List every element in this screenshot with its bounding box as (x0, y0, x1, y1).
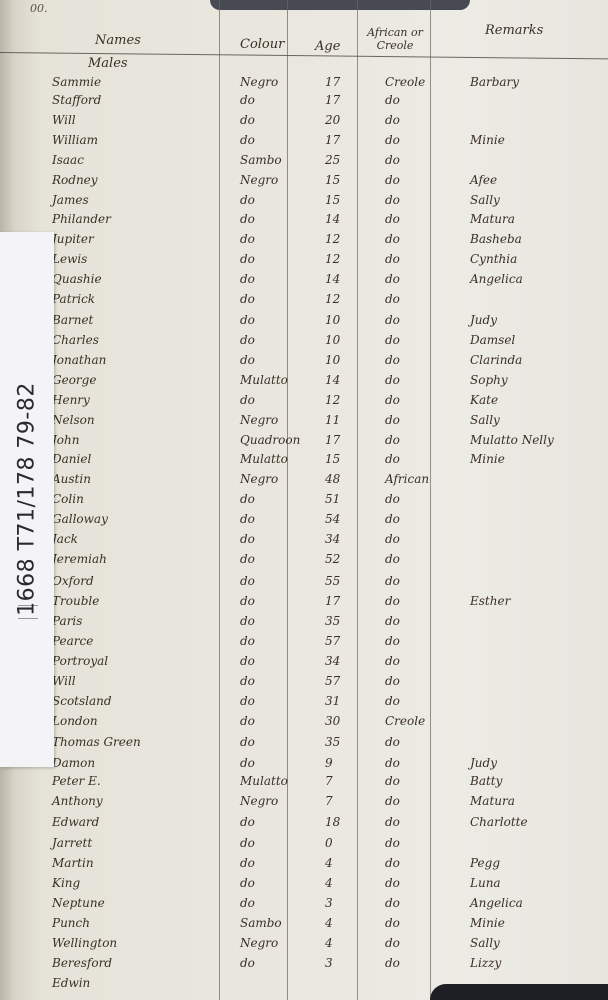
name-cell: London (52, 714, 98, 728)
table-row: Troubledo17doEsther (0, 594, 608, 614)
origin-cell: Creole (385, 75, 425, 89)
age-cell: 12 (325, 252, 340, 266)
remarks-cell: Angelica (470, 896, 523, 910)
origin-cell: do (385, 774, 400, 788)
colour-cell: do (240, 674, 255, 688)
table-row: Damondo9doJudy (0, 756, 608, 776)
remarks-cell: Esther (470, 594, 510, 608)
name-cell: Will (52, 113, 76, 127)
colour-cell: do (240, 353, 255, 367)
remarks-cell: Pegg (470, 856, 500, 870)
name-cell: John (52, 433, 80, 447)
name-cell: Peter E. (52, 774, 101, 788)
colour-cell: Negro (240, 794, 278, 808)
age-cell: 35 (325, 735, 340, 749)
name-cell: Jarrett (52, 836, 92, 850)
table-row: WellingtonNegro4doSally (0, 936, 608, 956)
table-row: Gallowaydo54do (0, 512, 608, 532)
colour-cell: do (240, 614, 255, 628)
age-cell: 31 (325, 694, 340, 708)
table-row: Oxforddo55do (0, 574, 608, 594)
age-cell: 3 (325, 896, 333, 910)
table-row: IsaacSambo25do (0, 153, 608, 173)
origin-cell: do (385, 313, 400, 327)
colour-cell: do (240, 252, 255, 266)
remarks-cell: Lizzy (470, 956, 501, 970)
age-cell: 12 (325, 292, 340, 306)
colour-cell: Negro (240, 936, 278, 950)
remarks-cell: Clarinda (470, 353, 522, 367)
age-cell: 9 (325, 756, 333, 770)
name-cell: Nelson (52, 413, 95, 427)
name-cell: Thomas Green (52, 735, 141, 749)
colour-cell: do (240, 956, 255, 970)
origin-cell: do (385, 272, 400, 286)
origin-cell: do (385, 133, 400, 147)
origin-cell: do (385, 896, 400, 910)
table-row: Beresforddo3doLizzy (0, 956, 608, 976)
page-shadow-top (210, 0, 470, 10)
age-cell: 52 (325, 552, 340, 566)
age-cell: 34 (325, 654, 340, 668)
origin-cell: do (385, 333, 400, 347)
age-cell: 57 (325, 674, 340, 688)
remarks-cell: Minie (470, 452, 505, 466)
origin-cell: do (385, 532, 400, 546)
origin-cell: do (385, 756, 400, 770)
remarks-cell: Matura (470, 212, 515, 226)
remarks-cell: Judy (470, 756, 497, 770)
age-cell: 12 (325, 232, 340, 246)
origin-cell: do (385, 574, 400, 588)
name-cell: Austin (52, 472, 91, 486)
age-cell: 4 (325, 936, 333, 950)
name-cell: Jack (52, 532, 78, 546)
origin-cell: do (385, 153, 400, 167)
colour-cell: do (240, 896, 255, 910)
folio-number: 00. (30, 2, 48, 16)
header-remarks: Remarks (485, 24, 543, 38)
name-cell: Oxford (52, 574, 94, 588)
age-cell: 14 (325, 373, 340, 387)
remarks-cell: Sophy (470, 373, 508, 387)
name-cell: Neptune (52, 896, 105, 910)
colour-cell: do (240, 552, 255, 566)
name-cell: Quashie (52, 272, 102, 286)
archive-reference-text: 1668 T71/178 79-82 (15, 382, 40, 616)
remarks-cell: Sally (470, 936, 500, 950)
origin-cell: do (385, 735, 400, 749)
origin-cell: do (385, 252, 400, 266)
name-cell: William (52, 133, 98, 147)
remarks-cell: Matura (470, 794, 515, 808)
page-shadow-bottom (430, 984, 608, 1000)
table-row: Neptunedo3doAngelica (0, 896, 608, 916)
colour-cell: Negro (240, 413, 278, 427)
table-row: AnthonyNegro7doMatura (0, 794, 608, 814)
table-row: Charlesdo10doDamsel (0, 333, 608, 353)
remarks-cell: Luna (470, 876, 501, 890)
colour-cell: do (240, 574, 255, 588)
colour-cell: do (240, 735, 255, 749)
table-row: JohnQuadroon17doMulatto Nelly (0, 433, 608, 453)
table-row: Barnetdo10doJudy (0, 313, 608, 333)
age-cell: 55 (325, 574, 340, 588)
name-cell: Barnet (52, 313, 93, 327)
age-cell: 10 (325, 333, 340, 347)
colour-cell: do (240, 654, 255, 668)
table-row: Quashiedo14doAngelica (0, 272, 608, 292)
table-row: NelsonNegro11doSally (0, 413, 608, 433)
table-row: Londondo30Creole (0, 714, 608, 734)
table-row: GeorgeMulatto14doSophy (0, 373, 608, 393)
age-cell: 0 (325, 836, 333, 850)
age-cell: 4 (325, 916, 333, 930)
table-row: PunchSambo4doMinie (0, 916, 608, 936)
name-cell: Patrick (52, 292, 95, 306)
origin-cell: do (385, 694, 400, 708)
origin-cell: do (385, 856, 400, 870)
remarks-cell: Judy (470, 313, 497, 327)
name-cell: Punch (52, 916, 90, 930)
ledger-page: 00. Names Colour Age African or Creole R… (0, 0, 608, 1000)
name-cell: Sammie (52, 75, 101, 89)
table-row: Portroyaldo34do (0, 654, 608, 674)
colour-cell: do (240, 815, 255, 829)
origin-cell: do (385, 876, 400, 890)
colour-cell: do (240, 232, 255, 246)
age-cell: 7 (325, 794, 333, 808)
table-row: Henrydo12doKate (0, 393, 608, 413)
origin-cell: do (385, 794, 400, 808)
colour-cell: do (240, 313, 255, 327)
age-cell: 4 (325, 876, 333, 890)
table-row: AustinNegro48African (0, 472, 608, 492)
name-cell: Beresford (52, 956, 112, 970)
table-row: Jupiterdo12doBasheba (0, 232, 608, 252)
origin-cell: do (385, 373, 400, 387)
table-row: DanielMulatto15doMinie (0, 452, 608, 472)
colour-cell: Sambo (240, 916, 282, 930)
section-males: Males (88, 57, 128, 71)
name-cell: Henry (52, 393, 90, 407)
table-row: Willdo20do (0, 113, 608, 133)
age-cell: 54 (325, 512, 340, 526)
name-cell: Wellington (52, 936, 117, 950)
age-cell: 48 (325, 472, 340, 486)
table-row: Jarrettdo0do (0, 836, 608, 856)
colour-cell: do (240, 492, 255, 506)
colour-cell: Negro (240, 472, 278, 486)
origin-cell: do (385, 552, 400, 566)
colour-cell: Negro (240, 75, 278, 89)
table-row: Jeremiahdo52do (0, 552, 608, 572)
name-cell: Philander (52, 212, 111, 226)
name-cell: Jeremiah (52, 552, 107, 566)
origin-cell: do (385, 654, 400, 668)
name-cell: Charles (52, 333, 99, 347)
colour-cell: Mulatto (240, 373, 288, 387)
table-row: Parisdo35do (0, 614, 608, 634)
header-names: Names (95, 34, 141, 48)
age-cell: 17 (325, 433, 340, 447)
colour-cell: Negro (240, 173, 278, 187)
table-row: Jackdo34do (0, 532, 608, 552)
origin-cell: do (385, 173, 400, 187)
name-cell: Jonathan (52, 353, 106, 367)
age-cell: 57 (325, 634, 340, 648)
age-cell: 17 (325, 133, 340, 147)
name-cell: Lewis (52, 252, 87, 266)
colour-cell: do (240, 93, 255, 107)
header-age: Age (315, 40, 340, 54)
remarks-cell: Basheba (470, 232, 522, 246)
origin-cell: do (385, 452, 400, 466)
remarks-cell: Sally (470, 413, 500, 427)
table-row: RodneyNegro15doAfee (0, 173, 608, 193)
age-cell: 7 (325, 774, 333, 788)
table-row: Philanderdo14doMatura (0, 212, 608, 232)
origin-cell: do (385, 212, 400, 226)
age-cell: 10 (325, 353, 340, 367)
colour-cell: do (240, 634, 255, 648)
origin-cell: do (385, 594, 400, 608)
remarks-cell: Minie (470, 133, 505, 147)
colour-cell: Mulatto (240, 774, 288, 788)
table-row: Edwarddo18doCharlotte (0, 815, 608, 835)
colour-cell: do (240, 193, 255, 207)
origin-cell: do (385, 193, 400, 207)
age-cell: 4 (325, 856, 333, 870)
origin-cell: do (385, 433, 400, 447)
origin-cell: do (385, 413, 400, 427)
origin-cell: do (385, 956, 400, 970)
table-row: Thomas Greendo35do (0, 735, 608, 755)
remarks-cell: Kate (470, 393, 498, 407)
name-cell: Stafford (52, 93, 101, 107)
name-cell: Portroyal (52, 654, 108, 668)
colour-cell: do (240, 393, 255, 407)
remarks-cell: Cynthia (470, 252, 517, 266)
colour-cell: do (240, 272, 255, 286)
table-row: Colindo51do (0, 492, 608, 512)
origin-cell: do (385, 634, 400, 648)
age-cell: 34 (325, 532, 340, 546)
age-cell: 12 (325, 393, 340, 407)
name-cell: Colin (52, 492, 84, 506)
origin-cell: do (385, 614, 400, 628)
age-cell: 14 (325, 212, 340, 226)
age-cell: 15 (325, 452, 340, 466)
colour-cell: do (240, 756, 255, 770)
origin-cell: do (385, 836, 400, 850)
table-row: Patrickdo12do (0, 292, 608, 312)
origin-cell: do (385, 916, 400, 930)
name-cell: Martin (52, 856, 94, 870)
name-cell: Galloway (52, 512, 108, 526)
origin-cell: do (385, 815, 400, 829)
remarks-cell: Damsel (470, 333, 515, 347)
age-cell: 17 (325, 93, 340, 107)
table-row: Martindo4doPegg (0, 856, 608, 876)
colour-cell: do (240, 694, 255, 708)
origin-cell: Creole (385, 714, 425, 728)
name-cell: Anthony (52, 794, 103, 808)
name-cell: Paris (52, 614, 82, 628)
origin-cell: do (385, 93, 400, 107)
age-cell: 20 (325, 113, 340, 127)
header-origin: African or Creole (362, 26, 428, 52)
name-cell: Pearce (52, 634, 93, 648)
origin-cell: do (385, 353, 400, 367)
age-cell: 14 (325, 272, 340, 286)
remarks-cell: Sally (470, 193, 500, 207)
table-row: Jamesdo15doSally (0, 193, 608, 213)
origin-cell: do (385, 936, 400, 950)
age-cell: 15 (325, 193, 340, 207)
name-cell: Rodney (52, 173, 98, 187)
table-row: Pearcedo57do (0, 634, 608, 654)
origin-cell: do (385, 232, 400, 246)
name-cell: Isaac (52, 153, 84, 167)
colour-cell: Mulatto (240, 452, 288, 466)
colour-cell: Quadroon (240, 433, 300, 447)
colour-cell: do (240, 333, 255, 347)
age-cell: 18 (325, 815, 340, 829)
colour-cell: do (240, 512, 255, 526)
colour-cell: do (240, 292, 255, 306)
remarks-cell: Barbary (470, 75, 519, 89)
name-cell: George (52, 373, 96, 387)
age-cell: 25 (325, 153, 340, 167)
colour-cell: do (240, 836, 255, 850)
colour-cell: do (240, 133, 255, 147)
remarks-cell: Angelica (470, 272, 523, 286)
colour-cell: do (240, 212, 255, 226)
age-cell: 11 (325, 413, 340, 427)
remarks-cell: Charlotte (470, 815, 528, 829)
header-colour: Colour (240, 38, 284, 52)
remarks-cell: Afee (470, 173, 497, 187)
name-cell: Scotsland (52, 694, 112, 708)
age-cell: 51 (325, 492, 340, 506)
colour-cell: Sambo (240, 153, 282, 167)
name-cell: Edward (52, 815, 99, 829)
name-cell: Daniel (52, 452, 91, 466)
table-row: Lewisdo12doCynthia (0, 252, 608, 272)
table-row: Kingdo4doLuna (0, 876, 608, 896)
colour-cell: do (240, 714, 255, 728)
colour-cell: do (240, 594, 255, 608)
name-cell: Will (52, 674, 76, 688)
colour-cell: do (240, 876, 255, 890)
remarks-cell: Minie (470, 916, 505, 930)
name-cell: Trouble (52, 594, 99, 608)
table-row: Stafforddo17do (0, 93, 608, 113)
table-row: Peter E.Mulatto7doBatty (0, 774, 608, 794)
archive-reference-label: 1668 T71/178 79-82 (0, 232, 54, 767)
remarks-cell: Mulatto Nelly (470, 433, 554, 447)
origin-cell: do (385, 292, 400, 306)
age-cell: 15 (325, 173, 340, 187)
name-cell: King (52, 876, 80, 890)
table-row: Scotslanddo31do (0, 694, 608, 714)
table-row: Willdo57do (0, 674, 608, 694)
table-row: Jonathando10doClarinda (0, 353, 608, 373)
age-cell: 35 (325, 614, 340, 628)
colour-cell: do (240, 532, 255, 546)
colour-cell: do (240, 113, 255, 127)
table-row: Williamdo17doMinie (0, 133, 608, 153)
origin-cell: do (385, 512, 400, 526)
origin-cell: do (385, 674, 400, 688)
origin-cell: do (385, 393, 400, 407)
age-cell: 17 (325, 594, 340, 608)
remarks-cell: Batty (470, 774, 502, 788)
colour-cell: do (240, 856, 255, 870)
age-cell: 10 (325, 313, 340, 327)
origin-cell: African (385, 472, 429, 486)
age-cell: 30 (325, 714, 340, 728)
name-cell: James (52, 193, 89, 207)
name-cell: Edwin (52, 976, 90, 990)
name-cell: Damon (52, 756, 95, 770)
table-row: SammieNegro17CreoleBarbary (0, 75, 608, 95)
age-cell: 3 (325, 956, 333, 970)
age-cell: 17 (325, 75, 340, 89)
origin-cell: do (385, 492, 400, 506)
name-cell: Jupiter (52, 232, 94, 246)
origin-cell: do (385, 113, 400, 127)
